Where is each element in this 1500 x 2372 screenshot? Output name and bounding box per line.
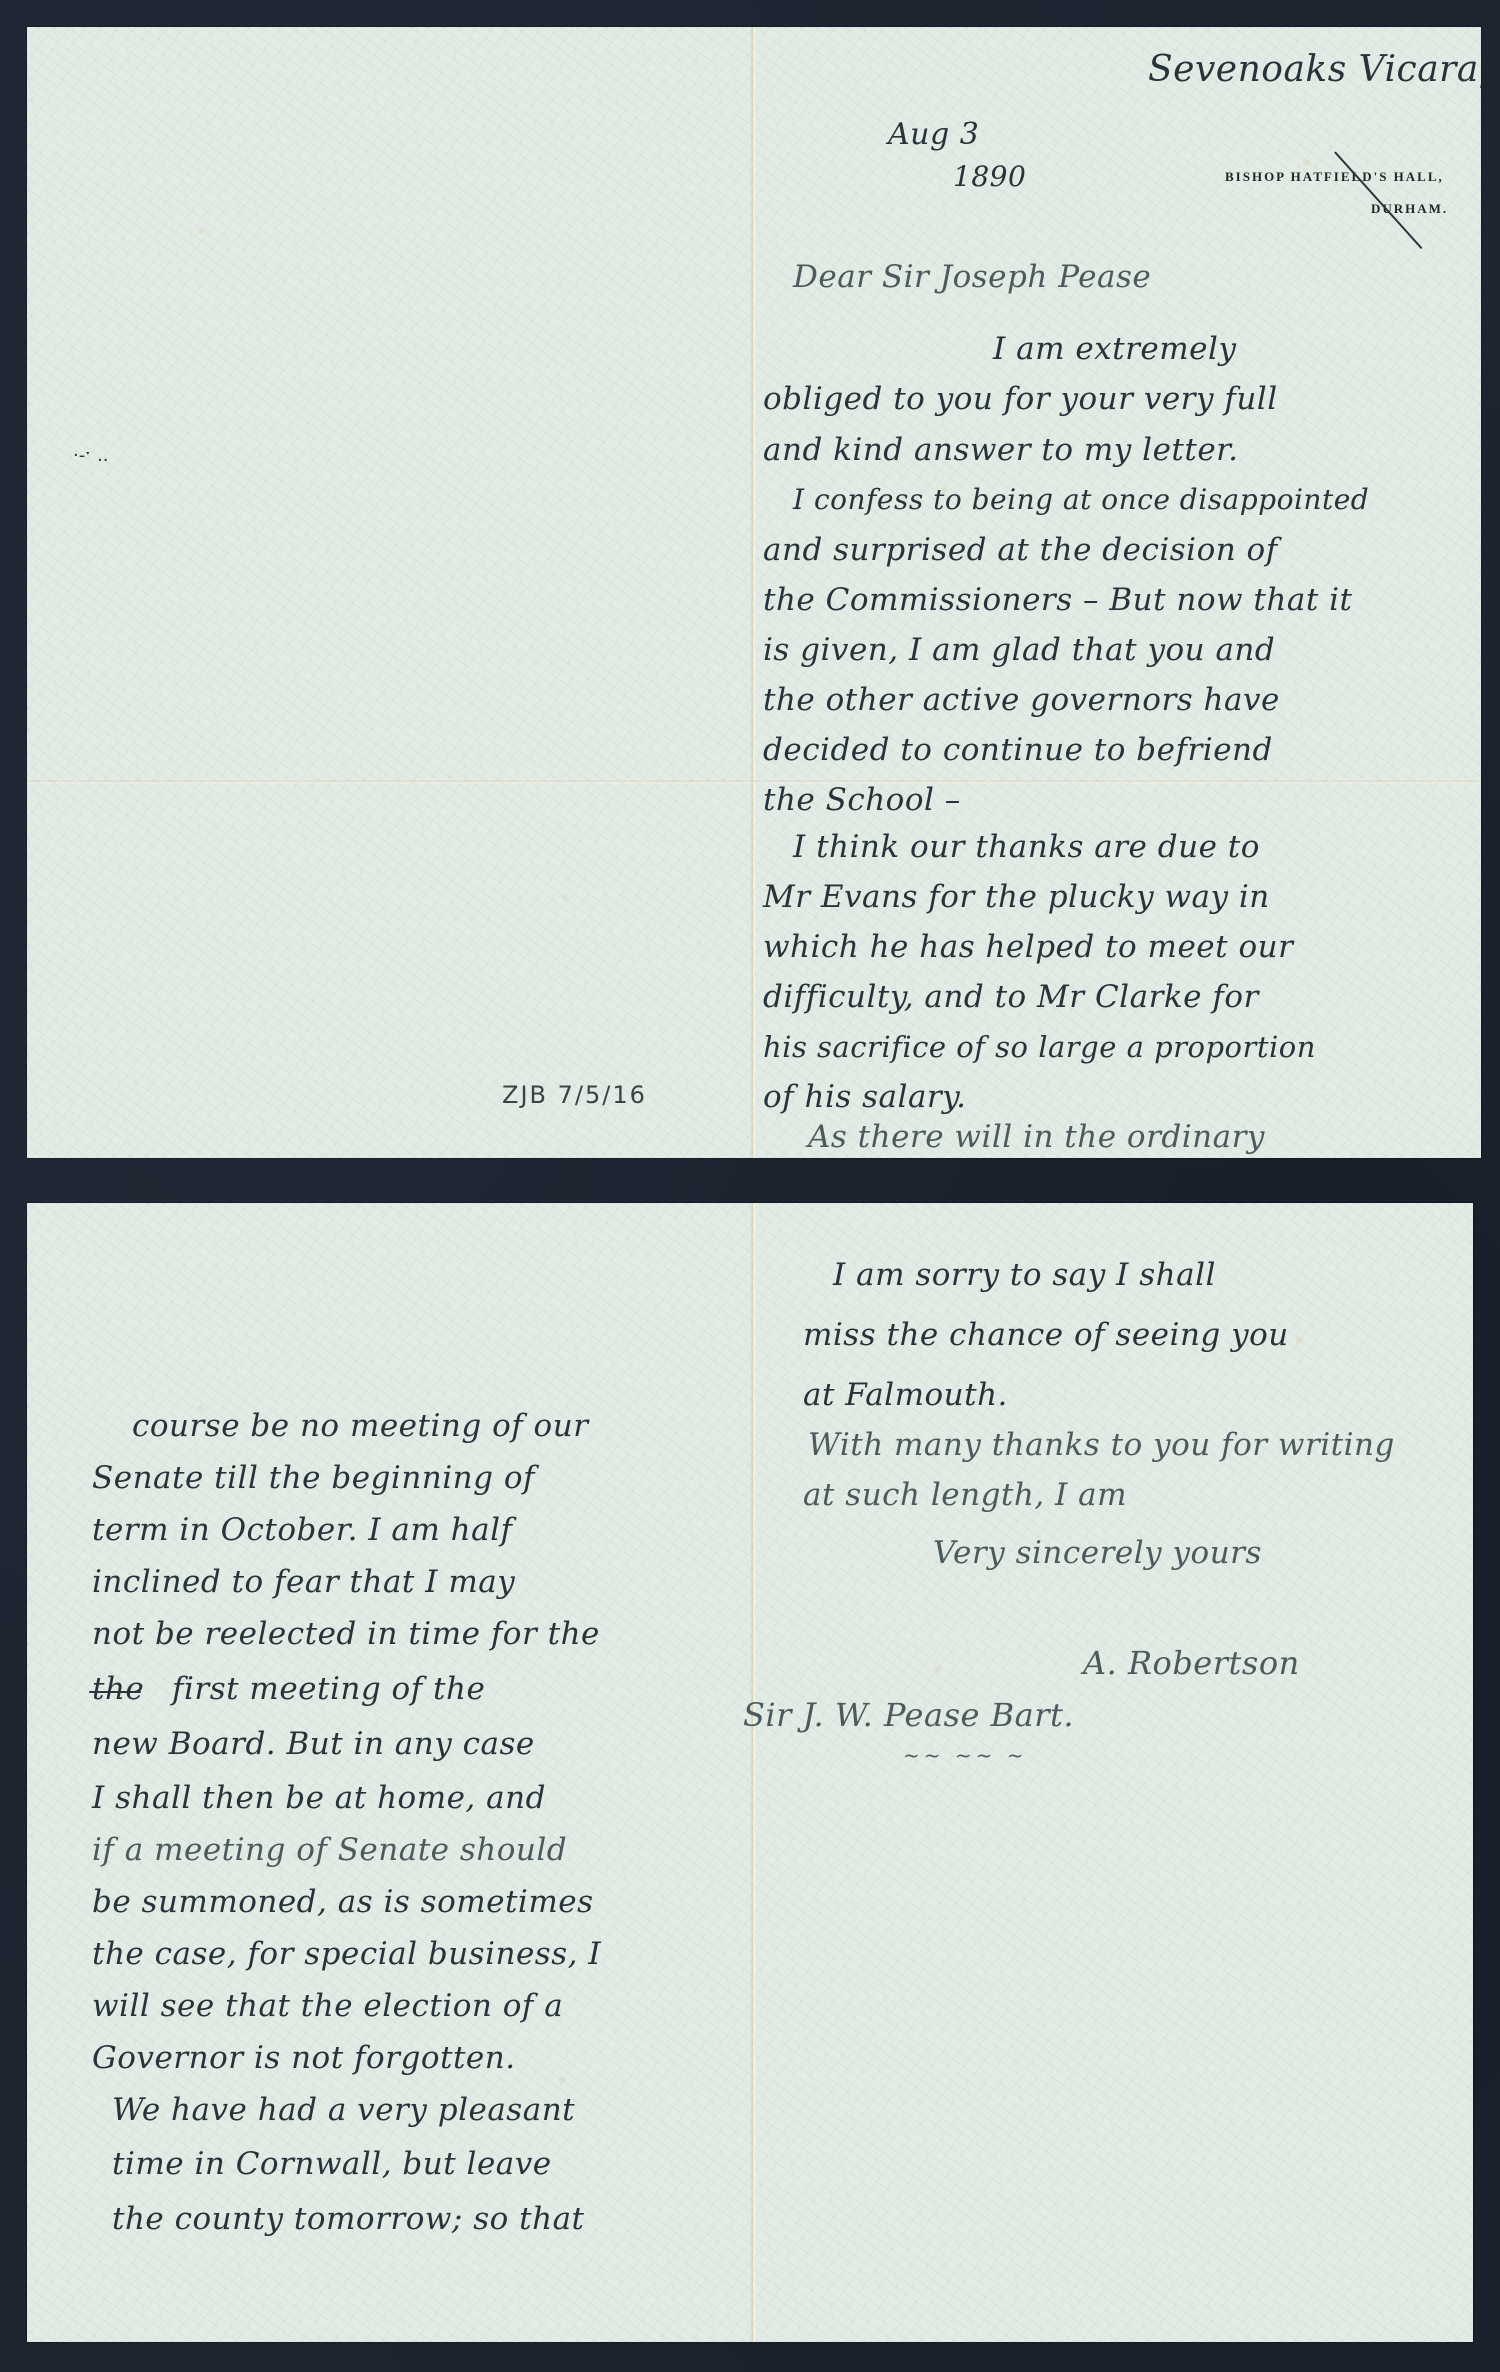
letter-line: the county tomorrow; so that — [112, 2199, 585, 2239]
stray-ink-mark: ·‐ˑ .. — [73, 445, 108, 466]
printed-letterhead-name: BISHOP HATFIELD'S HALL, — [1225, 169, 1444, 185]
letter-line: Governor is not forgotten. — [92, 2038, 516, 2078]
bottom-sheet: course be no meeting of our Senate till … — [27, 1203, 1473, 2342]
top-right-page: Sevenoaks Vicarage Aug 3 1890 BISHOP HAT… — [753, 27, 1481, 1158]
letter-line: With many thanks to you for writing — [808, 1425, 1395, 1465]
letter-line: will see that the election of a — [92, 1986, 563, 2026]
letter-line: As there will in the ordinary — [808, 1117, 1265, 1157]
letter-line: and kind answer to my letter. — [763, 430, 1238, 470]
archive-note: ZJB 7/5/16 — [502, 1081, 647, 1109]
letter-line: time in Cornwall, but leave — [112, 2144, 552, 2184]
letter-line: obliged to you for your very full — [763, 379, 1278, 419]
letter-line: I am extremely — [993, 329, 1236, 369]
letter-line: the other active governors have — [763, 680, 1280, 720]
letter-line: which he has helped to meet our — [763, 927, 1293, 967]
top-sheet: ·‐ˑ .. ZJB 7/5/16 Sevenoaks Vicarage Aug… — [27, 27, 1481, 1158]
closing: Very sincerely yours — [933, 1533, 1262, 1573]
letter-line: I shall then be at home, and — [92, 1778, 546, 1818]
date-year: 1890 — [953, 160, 1026, 193]
bottom-left-page: course be no meeting of our Senate till … — [27, 1203, 751, 2342]
letter-line: at such length, I am — [803, 1475, 1127, 1515]
letter-line: term in October. I am half — [92, 1510, 512, 1550]
letter-line: first meeting of the — [172, 1669, 485, 1709]
date-month-day: Aug 3 — [888, 117, 979, 152]
letter-line: his sacrifice of so large a proportion — [763, 1027, 1316, 1067]
salutation: Dear Sir Joseph Pease — [793, 257, 1151, 297]
signature: A. Robertson — [1083, 1643, 1300, 1683]
struck-word: the — [92, 1669, 144, 1709]
letter-line: the School – — [763, 780, 961, 820]
letter-line: inclined to fear that I may — [92, 1562, 515, 1602]
addressee: Sir J. W. Pease Bart. — [743, 1695, 1074, 1735]
letter-line: if a meeting of Senate should — [92, 1830, 567, 1870]
letter-line: of his salary. — [763, 1077, 967, 1117]
letter-line: decided to continue to befriend — [763, 730, 1273, 770]
bottom-right-page: I am sorry to say I shall miss the chanc… — [753, 1203, 1473, 2342]
letter-line: miss the chance of seeing you — [803, 1315, 1289, 1355]
letter-line: course be no meeting of our — [132, 1406, 589, 1446]
letter-line: not be reelected in time for the — [92, 1614, 600, 1654]
letter-line: I am sorry to say I shall — [833, 1255, 1216, 1295]
handwritten-letterhead: Sevenoaks Vicarage — [1148, 49, 1481, 90]
letter-line: Senate till the beginning of — [92, 1458, 535, 1498]
letter-line: I think our thanks are due to — [793, 827, 1260, 867]
strikethrough — [89, 1691, 141, 1693]
letter-line: be summoned, as is sometimes — [92, 1882, 594, 1922]
letter-line: We have had a very pleasant — [112, 2090, 575, 2130]
letter-line: difficulty, and to Mr Clarke for — [763, 977, 1259, 1017]
letter-line: Mr Evans for the plucky way in — [763, 877, 1270, 917]
letter-line: at Falmouth. — [803, 1375, 1008, 1415]
letter-line: the Commissioners – But now that it — [763, 580, 1353, 620]
letter-line: and surprised at the decision of — [763, 530, 1278, 570]
top-left-page: ·‐ˑ .. ZJB 7/5/16 — [27, 27, 751, 1158]
addressee-flourish: ~~ ~~ ~ — [903, 1743, 1028, 1767]
letter-line: is given, I am glad that you and — [763, 630, 1275, 670]
letter-line: new Board. But in any case — [92, 1724, 535, 1764]
letter-line: the case, for special business, I — [92, 1934, 601, 1974]
letter-line: I confess to being at once disappointed — [793, 480, 1369, 520]
